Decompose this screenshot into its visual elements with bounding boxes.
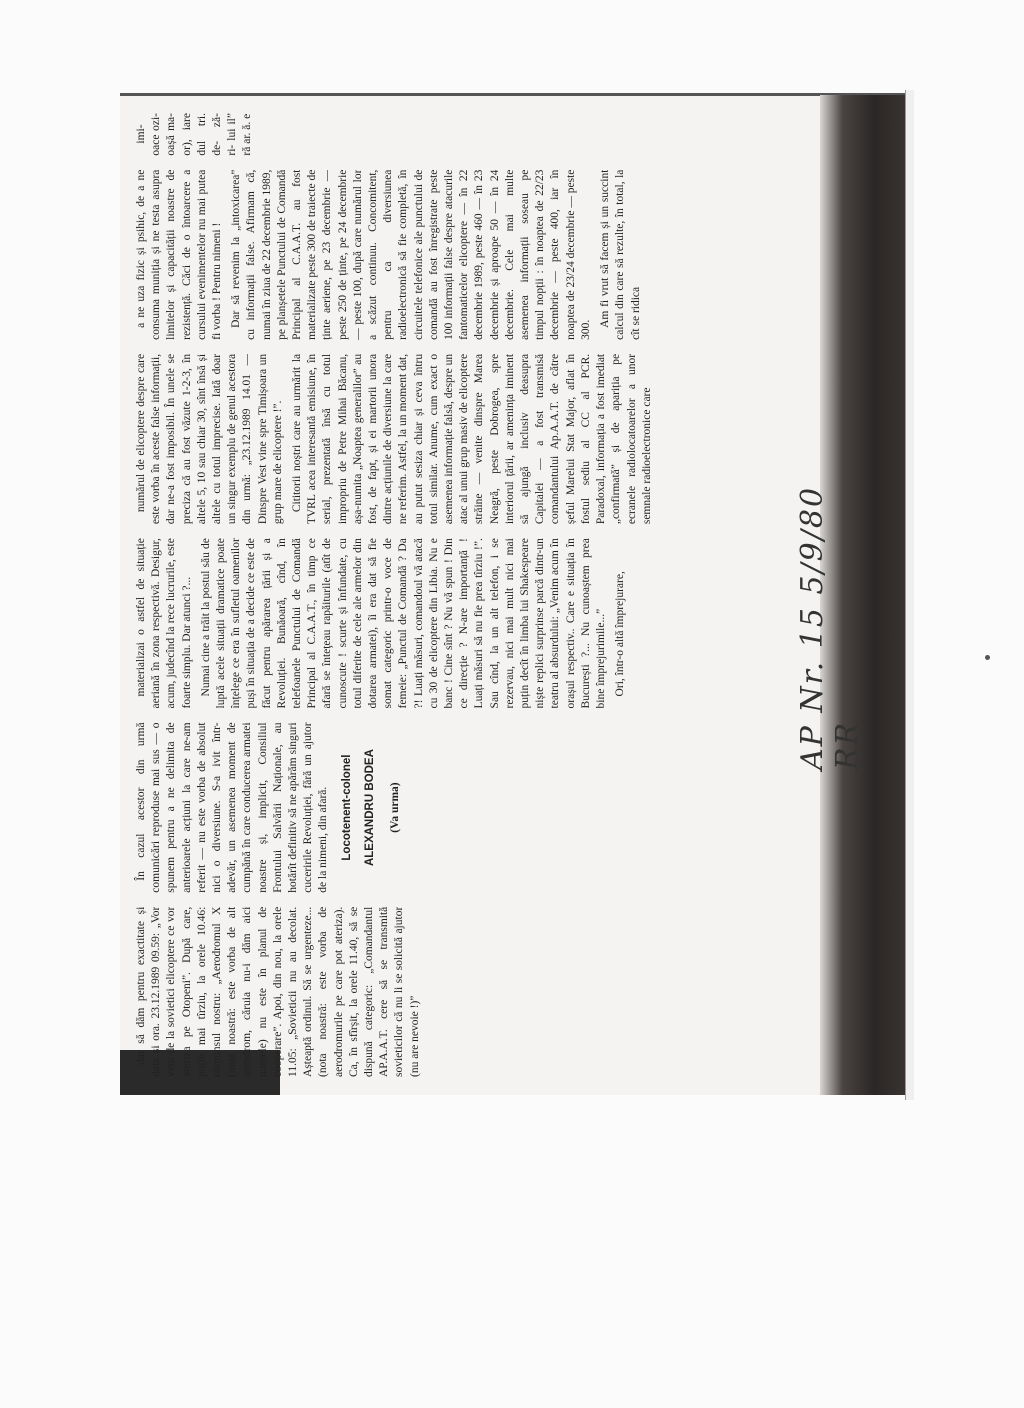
handwritten-annotation: AP Nr. 15 5/9/80 RR (795, 430, 835, 770)
paper-edge (905, 90, 914, 1100)
article-column-2: În cazul acestor din urmă comunicări rep… (134, 722, 806, 892)
paragraph: În cazul acestor din urmă comunicări rep… (134, 722, 332, 892)
paragraph: Dar să revenim la „intoxicarea” cu infor… (229, 170, 594, 340)
paragraph: materializai o astfel de situație aerian… (134, 538, 195, 708)
paragraph: dar să dăm pentru exactitate și data și … (134, 907, 423, 1077)
author-rank: Locotenent-colonel (340, 722, 355, 892)
continuation-note: (Va urma) (388, 722, 403, 892)
paragraph: a ne uza fizic și psihic, de a ne consum… (134, 170, 225, 340)
paragraph: Ori, într-o altă împrejurare, (613, 538, 628, 708)
article-column-3: materializai o astfel de situație aerian… (134, 538, 806, 708)
paragraph: imi- oace ozi- oașă ma- or), iare dul tr… (134, 113, 256, 156)
article-columns: dar să dăm pentru exactitate și data și … (120, 95, 820, 1095)
paragraph: numărul de elicoptere despre care este v… (134, 354, 286, 524)
paragraph: Numai cine a trăit la postul său de lupt… (199, 538, 609, 708)
paragraph: Am fi vrut să facem și un succint calcul… (598, 170, 644, 340)
article-column-1: dar să dăm pentru exactitate și data și … (134, 907, 806, 1077)
paragraph: Cititorii noștri care au urmărit la TVRL… (290, 354, 655, 524)
rotated-article: dar să dăm pentru exactitate și data și … (120, 95, 820, 1095)
scan-speck (985, 655, 990, 660)
author-name: ALEXANDRU BODEA (363, 722, 378, 892)
article-column-4: numărul de elicoptere despre care este v… (134, 354, 806, 524)
article-column-5: a ne uza fizic și psihic, de a ne consum… (134, 170, 806, 340)
article-column-fragment: imi- oace ozi- oașă ma- or), iare dul tr… (134, 113, 806, 156)
